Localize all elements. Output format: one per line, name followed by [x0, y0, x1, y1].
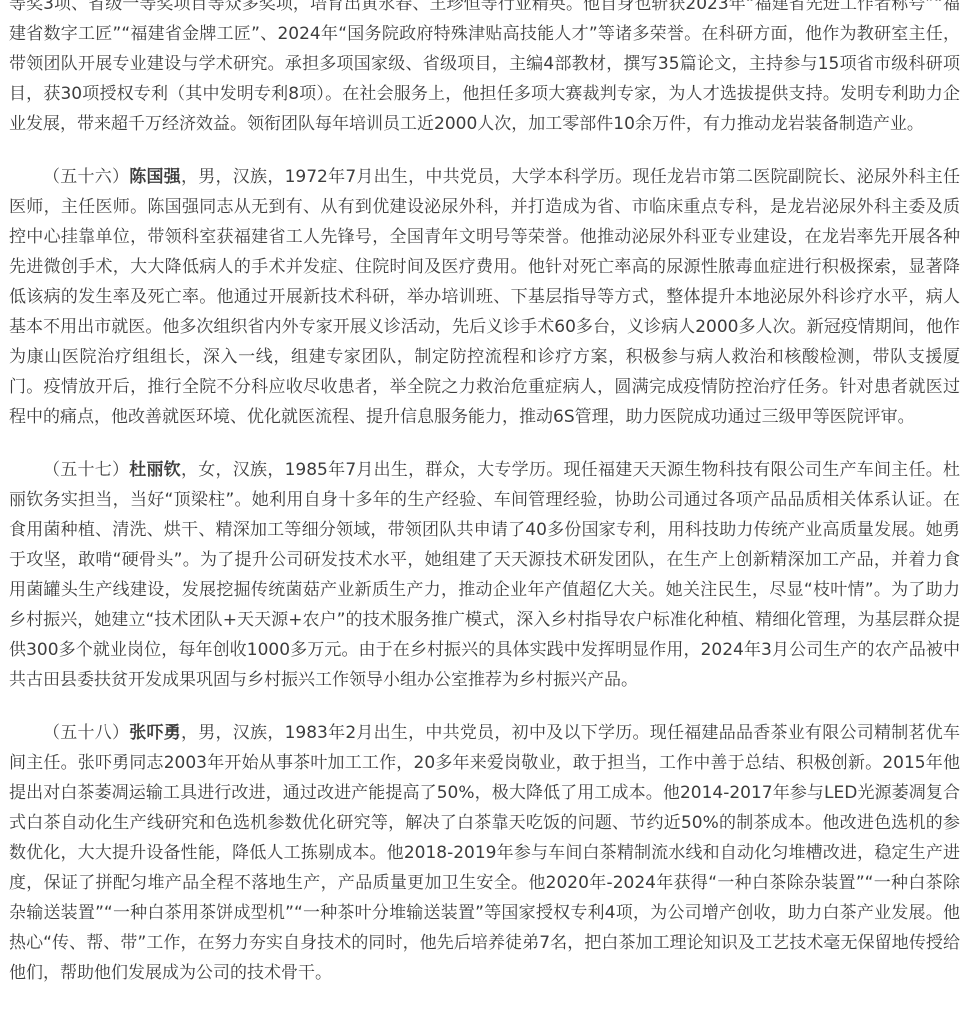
paragraph-text: ，女，汉族，1985年7月出生，群众，大专学历。现任福建天天源生物科技有限公司生…	[9, 460, 960, 690]
paragraph-lead: （五十八）	[43, 723, 129, 743]
paragraph-text: ，男，汉族，1983年2月出生，中共党员，初中及以下学历。现任福建品品香茶业有限…	[9, 723, 960, 983]
person-name: 张吓勇	[129, 723, 181, 743]
document-body: 等奖3项、省级一等奖项目等众多奖项，培育出黄永春、王珍恒等行业精英。他自身也斩获…	[9, 0, 960, 1011]
paragraph-text: 等奖3项、省级一等奖项目等众多奖项，培育出黄永春、王珍恒等行业精英。他自身也斩获…	[9, 0, 960, 134]
paragraph-text: ，男，汉族，1972年7月出生，中共党员，大学本科学历。现任龙岩市第二医院副院长…	[9, 167, 960, 427]
paragraph-lead: （五十七）	[43, 460, 129, 480]
paragraph-entry-56: （五十六）陈国强，男，汉族，1972年7月出生，中共党员，大学本科学历。现任龙岩…	[9, 162, 960, 432]
paragraph-entry-58: （五十八）张吓勇，男，汉族，1983年2月出生，中共党员，初中及以下学历。现任福…	[9, 718, 960, 988]
person-name: 陈国强	[129, 167, 181, 187]
paragraph-entry-55-continuation: 等奖3项、省级一等奖项目等众多奖项，培育出黄永春、王珍恒等行业精英。他自身也斩获…	[9, 0, 960, 139]
paragraph-entry-57: （五十七）杜丽钦，女，汉族，1985年7月出生，群众，大专学历。现任福建天天源生…	[9, 455, 960, 695]
person-name: 杜丽钦	[129, 460, 181, 480]
paragraph-lead: （五十六）	[43, 167, 129, 187]
